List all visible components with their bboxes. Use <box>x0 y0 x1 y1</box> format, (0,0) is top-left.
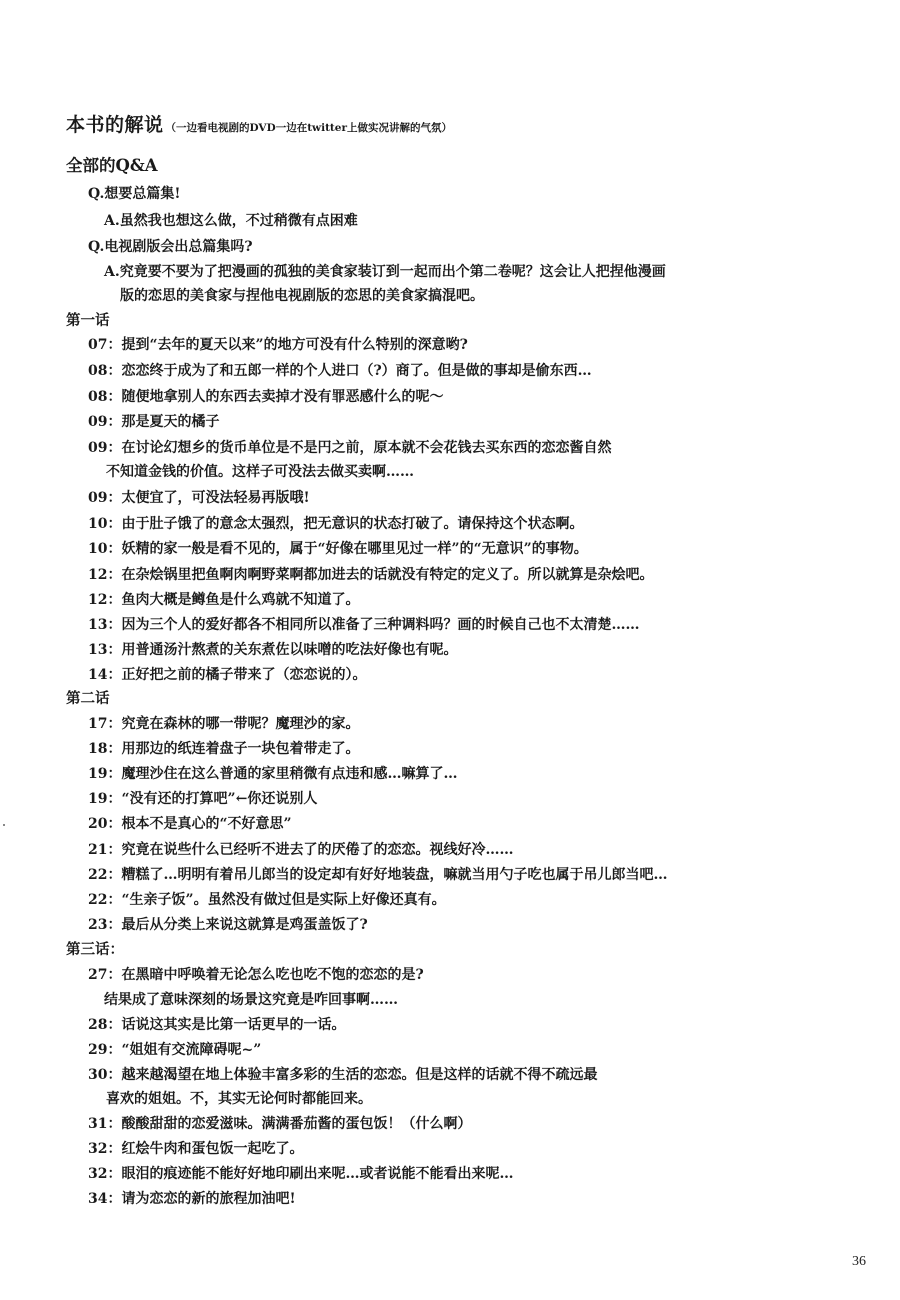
note-line: 14：正好把之前的橘子带来了（恋恋说的）。 <box>88 666 366 684</box>
note-line: 31：酸酸甜甜的恋爱滋味。满满番茄酱的蛋包饭！（什么啊） <box>88 1115 471 1133</box>
page-number: 36 <box>852 1254 866 1270</box>
qa-answer: A.虽然我也想这么做，不过稍微有点困难 <box>104 212 358 230</box>
note-line: 19：“没有还的打算吧”←你还说别人 <box>88 790 317 808</box>
note-line: 07：提到“去年的夏天以来”的地方可没有什么特别的深意哟? <box>88 336 468 354</box>
qa-question: Q.想要总篇集! <box>88 185 181 203</box>
note-line: 19：魔理沙住在这么普通的家里稍微有点违和感…嘛算了… <box>88 765 457 783</box>
note-line: 09：在讨论幻想乡的货币单位是不是円之前，原本就不会花钱去买东西的恋恋酱自然 <box>88 439 611 457</box>
note-line: 13：用普通汤汁熬煮的关东煮佐以味噌的吃法好像也有呢。 <box>88 641 457 659</box>
note-line: 09：那是夏天的橘子 <box>88 413 219 431</box>
note-line: 22：“生亲子饭”。虽然没有做过但是实际上好像还真有。 <box>88 891 446 909</box>
qa-answer-continued: 版的恋思的美食家与捏他电视剧版的恋思的美食家搞混吧。 <box>120 287 484 305</box>
note-line: 09：太便宜了，可没法轻易再版哦! <box>88 489 310 507</box>
qa-heading: 全部的Q&A <box>66 157 158 175</box>
note-line: 28：话说这其实是比第一话更早的一话。 <box>88 1016 345 1034</box>
qa-question: Q.电视剧版会出总篇集吗? <box>88 238 253 256</box>
note-line: 21：究竟在说些什么已经听不进去了的厌倦了的恋恋。视线好冷…… <box>88 841 513 859</box>
note-line: 32：红烩牛肉和蛋包饭一起吃了。 <box>88 1140 303 1158</box>
page-title: 本书的解说 <box>66 114 164 136</box>
commentary-header: 本书的解说（一边看电视剧的DVD一边在twitter上做实况讲解的气氛） <box>66 110 452 137</box>
note-line: 32：眼泪的痕迹能不能好好地印刷出来呢…或者说能不能看出来呢… <box>88 1165 513 1183</box>
note-line-continued: 结果成了意味深刻的场景这究竟是咋回事啊…… <box>104 991 398 1009</box>
note-line: 34：请为恋恋的新的旅程加油吧! <box>88 1190 296 1208</box>
note-line: 12：鱼肉大概是鳟鱼是什么鸡就不知道了。 <box>88 591 359 609</box>
note-line: 18：用那边的纸连着盘子一块包着带走了。 <box>88 740 359 758</box>
note-line: 10：妖精的家一般是看不见的，属于“好像在哪里见过一样”的“无意识”的事物。 <box>88 540 588 558</box>
note-line: 30：越来越渴望在地上体验丰富多彩的生活的恋恋。但是这样的话就不得不疏远最 <box>88 1066 597 1084</box>
qa-answer: A.究竟要不要为了把漫画的孤独的美食家装订到一起而出个第二卷呢？这会让人把捏他漫… <box>104 263 666 281</box>
chapter-heading: 第一话 <box>66 312 110 330</box>
note-line: 08：恋恋终于成为了和五郎一样的个人进口（?）商了。但是做的事却是偷东西… <box>88 362 592 380</box>
note-line: 23：最后从分类上来说这就算是鸡蛋盖饭了? <box>88 916 368 934</box>
note-line: 10：由于肚子饿了的意念太强烈，把无意识的状态打破了。请保持这个状态啊。 <box>88 515 583 533</box>
note-line-continued: 喜欢的姐姐。不，其实无论何时都能回来。 <box>106 1090 372 1108</box>
note-line: 12：在杂烩锅里把鱼啊肉啊野菜啊都加进去的话就没有特定的定义了。所以就算是杂烩吧… <box>88 566 653 584</box>
note-line-continued: 不知道金钱的价值。这样子可没法去做买卖啊…… <box>106 463 414 481</box>
chapter-heading: 第三话： <box>66 941 124 959</box>
document-page: 本书的解说（一边看电视剧的DVD一边在twitter上做实况讲解的气氛） 全部的… <box>0 0 900 1300</box>
note-line: 17：究竟在森林的哪一带呢？魔理沙的家。 <box>88 715 359 733</box>
note-line: 29：“姐姐有交流障碍呢~” <box>88 1041 261 1059</box>
scan-artifact <box>3 824 5 826</box>
note-line: 20：根本不是真心的“不好意思” <box>88 815 292 833</box>
note-line: 13：因为三个人的爱好都各不相同所以准备了三种调料吗？画的时候自己也不太清楚…… <box>88 616 639 634</box>
note-line: 08：随便地拿别人的东西去卖掉才没有罪恶感什么的呢～ <box>88 388 443 406</box>
chapter-heading: 第二话 <box>66 690 110 708</box>
note-line: 27：在黑暗中呼唤着无论怎么吃也吃不饱的恋恋的是? <box>88 966 424 984</box>
page-subtitle: （一边看电视剧的DVD一边在twitter上做实况讲解的气氛） <box>166 122 452 134</box>
note-line: 22：糟糕了…明明有着吊儿郎当的设定却有好好地装盘，嘛就当用勺子吃也属于吊儿郎当… <box>88 866 667 884</box>
